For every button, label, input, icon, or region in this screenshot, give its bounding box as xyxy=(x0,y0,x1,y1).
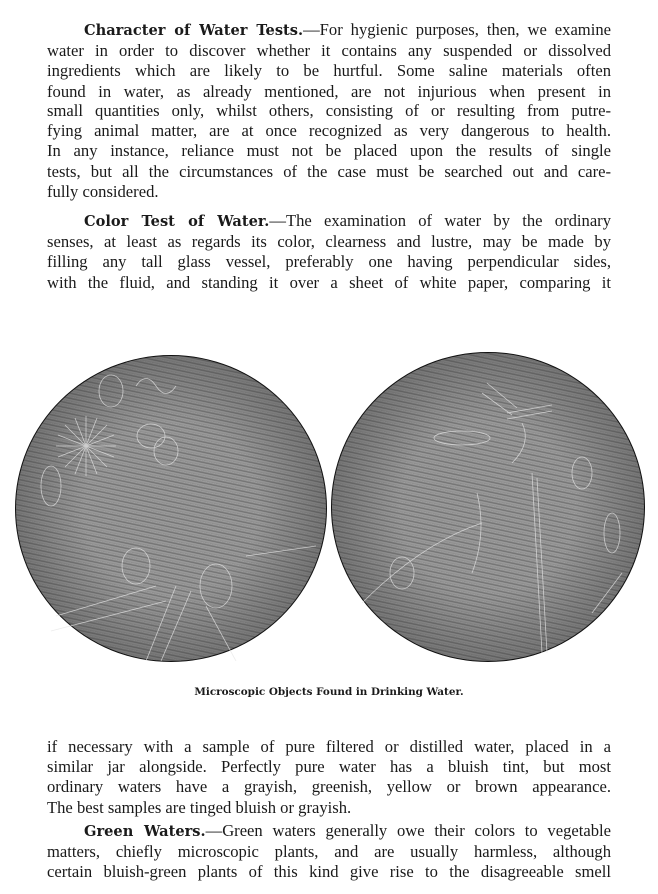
section-heading: Green Waters. xyxy=(84,823,206,840)
paragraph-character-of-water-tests: Character of Water Tests.—For hygienic p… xyxy=(47,20,611,102)
section-heading: Character of Water Tests. xyxy=(84,22,303,39)
microscopic-objects-illustration-left xyxy=(16,356,326,661)
paragraph-color-test-of-water: Color Test of Water.—The examination of … xyxy=(47,211,611,293)
figure-caption: Microscopic Objects Found in Drinking Wa… xyxy=(0,686,658,698)
microscope-plate-right xyxy=(331,352,645,662)
paragraph-color-test-continued: if necessary with a sample of pure filte… xyxy=(47,737,611,818)
microscopic-objects-illustration-right xyxy=(332,353,644,661)
paragraph-continued: small quantities only, whilst others, co… xyxy=(47,101,611,202)
microscope-plate-left xyxy=(15,355,327,662)
paragraph-green-waters: Green Waters.—Green waters generally owe… xyxy=(47,821,611,883)
section-heading: Color Test of Water. xyxy=(84,213,269,230)
